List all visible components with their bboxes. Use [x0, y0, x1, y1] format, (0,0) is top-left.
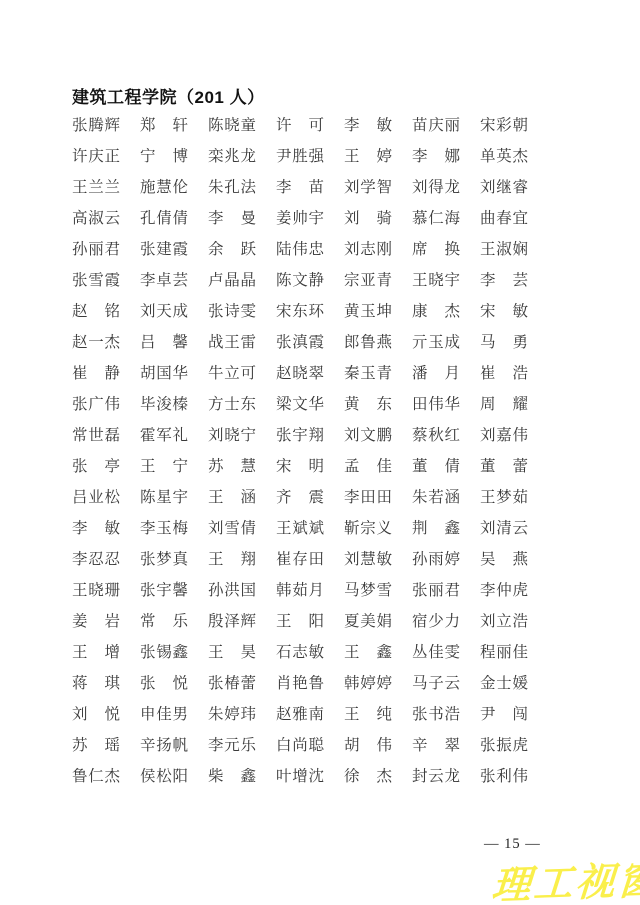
- person-name: 王昊: [208, 645, 256, 661]
- roster-row: 姜岩常乐殷泽辉王阳夏美娟宿少力刘立浩: [72, 606, 528, 637]
- person-name: 张丽君: [412, 583, 460, 599]
- roster-row: 常世磊霍军礼刘晓宁张宇翔刘文鹏蔡秋红刘嘉伟: [72, 420, 528, 451]
- person-name: 黄东: [344, 397, 392, 413]
- name-roster: 张腾辉郑轩陈晓童许可李敏苗庆丽宋彩朝许庆正宁博栾兆龙尹胜强王婷李娜单英杰王兰兰施…: [72, 110, 528, 792]
- person-name: 马梦雪: [344, 583, 392, 599]
- person-name: 潘月: [412, 366, 460, 382]
- person-name: 叶增沈: [276, 769, 324, 785]
- person-name: 李仲虎: [480, 583, 528, 599]
- person-name: 崔静: [72, 366, 120, 382]
- person-name: 姜帅宇: [276, 211, 324, 227]
- roster-row: 王兰兰施慧伦朱孔法李苗刘学智刘得龙刘继睿: [72, 172, 528, 203]
- person-name: 张广伟: [72, 397, 120, 413]
- person-name: 卢晶晶: [208, 273, 256, 289]
- person-name: 李元乐: [208, 738, 256, 754]
- roster-row: 蒋琪张悦张椿蕾肖艳鲁韩婷婷马子云金士媛: [72, 668, 528, 699]
- person-name: 白尚聪: [276, 738, 324, 754]
- person-name: 刘得龙: [412, 180, 460, 196]
- person-name: 战王雷: [208, 335, 256, 351]
- person-name: 肖艳鲁: [276, 676, 324, 692]
- person-name: 程丽佳: [480, 645, 528, 661]
- person-name: 吕馨: [140, 335, 188, 351]
- person-name: 孟佳: [344, 459, 392, 475]
- person-name: 李曼: [208, 211, 256, 227]
- person-name: 王婷: [344, 149, 392, 165]
- person-name: 辛扬帆: [140, 738, 188, 754]
- person-name: 徐杰: [344, 769, 392, 785]
- person-name: 韩茹月: [276, 583, 324, 599]
- person-name: 李敏: [72, 521, 120, 537]
- person-name: 胡国华: [140, 366, 188, 382]
- person-name: 李芸: [480, 273, 528, 289]
- roster-row: 刘悦申佳男朱婷玮赵雅南王纯张书浩尹闯: [72, 699, 528, 730]
- person-name: 赵雅南: [276, 707, 324, 723]
- roster-row: 许庆正宁博栾兆龙尹胜强王婷李娜单英杰: [72, 141, 528, 172]
- person-name: 宗亚青: [344, 273, 392, 289]
- person-name: 王晓宇: [412, 273, 460, 289]
- person-name: 陈晓童: [208, 118, 256, 134]
- person-name: 赵铭: [72, 304, 120, 320]
- person-name: 刘志刚: [344, 242, 392, 258]
- person-name: 亓玉成: [412, 335, 460, 351]
- person-name: 李忍忍: [72, 552, 120, 568]
- person-name: 张亭: [72, 459, 120, 475]
- person-name: 王梦茹: [480, 490, 528, 506]
- person-name: 康杰: [412, 304, 460, 320]
- roster-row: 崔静胡国华牛立可赵晓翠秦玉青潘月崔浩: [72, 358, 528, 389]
- person-name: 崔浩: [480, 366, 528, 382]
- person-name: 赵一杰: [72, 335, 120, 351]
- person-name: 刘清云: [480, 521, 528, 537]
- person-name: 石志敏: [276, 645, 324, 661]
- person-name: 荆鑫: [412, 521, 460, 537]
- roster-row: 高淑云孔倩倩李曼姜帅宇刘骑慕仁海曲春宜: [72, 203, 528, 234]
- person-name: 张建霞: [140, 242, 188, 258]
- person-name: 张宇馨: [140, 583, 188, 599]
- page-title: 建筑工程学院（201 人）: [72, 83, 265, 108]
- person-name: 齐震: [276, 490, 324, 506]
- person-name: 张书浩: [412, 707, 460, 723]
- person-name: 黄玉坤: [344, 304, 392, 320]
- person-name: 申佳男: [140, 707, 188, 723]
- person-name: 王淑娴: [480, 242, 528, 258]
- roster-row: 张雪霞李卓芸卢晶晶陈文静宗亚青王晓宇李芸: [72, 265, 528, 296]
- roster-row: 王增张锡鑫王昊石志敏王鑫丛佳雯程丽佳: [72, 637, 528, 668]
- page-number: — 15 —: [484, 836, 541, 853]
- roster-row: 张广伟毕浚榛方士东梁文华黄东田伟华周耀: [72, 389, 528, 420]
- person-name: 刘晓宁: [208, 428, 256, 444]
- person-name: 方士东: [208, 397, 256, 413]
- person-name: 董倩: [412, 459, 460, 475]
- person-name: 李卓芸: [140, 273, 188, 289]
- person-name: 梁文华: [276, 397, 324, 413]
- person-name: 陈文静: [276, 273, 324, 289]
- person-name: 刘立浩: [480, 614, 528, 630]
- person-name: 朱若涵: [412, 490, 460, 506]
- person-name: 王宁: [140, 459, 188, 475]
- person-name: 张宇翔: [276, 428, 324, 444]
- person-name: 刘悦: [72, 707, 120, 723]
- person-name: 张振虎: [480, 738, 528, 754]
- person-name: 施慧伦: [140, 180, 188, 196]
- person-name: 吴燕: [480, 552, 528, 568]
- person-name: 张滇霞: [276, 335, 324, 351]
- person-name: 王斌斌: [276, 521, 324, 537]
- person-name: 慕仁海: [412, 211, 460, 227]
- person-name: 张梦真: [140, 552, 188, 568]
- person-name: 刘学智: [344, 180, 392, 196]
- person-name: 李苗: [276, 180, 324, 196]
- person-name: 王晓珊: [72, 583, 120, 599]
- person-name: 孙丽君: [72, 242, 120, 258]
- person-name: 王纯: [344, 707, 392, 723]
- person-name: 李田田: [344, 490, 392, 506]
- person-name: 赵晓翠: [276, 366, 324, 382]
- roster-row: 王晓珊张宇馨孙洪国韩茹月马梦雪张丽君李仲虎: [72, 575, 528, 606]
- person-name: 宋敏: [480, 304, 528, 320]
- person-name: 封云龙: [412, 769, 460, 785]
- person-name: 夏美娟: [344, 614, 392, 630]
- person-name: 孔倩倩: [140, 211, 188, 227]
- person-name: 丛佳雯: [412, 645, 460, 661]
- person-name: 毕浚榛: [140, 397, 188, 413]
- person-name: 柴鑫: [208, 769, 256, 785]
- person-name: 朱婷玮: [208, 707, 256, 723]
- person-name: 尹闯: [480, 707, 528, 723]
- person-name: 辛翠: [412, 738, 460, 754]
- roster-row: 赵一杰吕馨战王雷张滇霞郎鲁燕亓玉成马勇: [72, 327, 528, 358]
- person-name: 刘慧敏: [344, 552, 392, 568]
- person-name: 苏慧: [208, 459, 256, 475]
- person-name: 刘文鹏: [344, 428, 392, 444]
- person-name: 蒋琪: [72, 676, 120, 692]
- person-name: 张锡鑫: [140, 645, 188, 661]
- person-name: 秦玉青: [344, 366, 392, 382]
- person-name: 张诗雯: [208, 304, 256, 320]
- roster-row: 吕业松陈星宇王涵齐震李田田朱若涵王梦茹: [72, 482, 528, 513]
- person-name: 宋明: [276, 459, 324, 475]
- person-name: 宁博: [140, 149, 188, 165]
- person-name: 张雪霞: [72, 273, 120, 289]
- person-name: 王兰兰: [72, 180, 120, 196]
- person-name: 吕业松: [72, 490, 120, 506]
- person-name: 单英杰: [480, 149, 528, 165]
- roster-row: 赵铭刘天成张诗雯宋东环黄玉坤康杰宋敏: [72, 296, 528, 327]
- person-name: 郑轩: [140, 118, 188, 134]
- person-name: 许庆正: [72, 149, 120, 165]
- person-name: 刘继睿: [480, 180, 528, 196]
- person-name: 周耀: [480, 397, 528, 413]
- person-name: 王翔: [208, 552, 256, 568]
- person-name: 霍军礼: [140, 428, 188, 444]
- person-name: 姜岩: [72, 614, 120, 630]
- person-name: 崔存田: [276, 552, 324, 568]
- person-name: 席换: [412, 242, 460, 258]
- person-name: 王鑫: [344, 645, 392, 661]
- person-name: 马勇: [480, 335, 528, 351]
- watermark-logo: 理工视窗: [490, 849, 640, 905]
- person-name: 孙雨婷: [412, 552, 460, 568]
- person-name: 田伟华: [412, 397, 460, 413]
- person-name: 李玉梅: [140, 521, 188, 537]
- person-name: 曲春宜: [480, 211, 528, 227]
- person-name: 马子云: [412, 676, 460, 692]
- person-name: 栾兆龙: [208, 149, 256, 165]
- person-name: 朱孔法: [208, 180, 256, 196]
- person-name: 许可: [276, 118, 324, 134]
- person-name: 刘天成: [140, 304, 188, 320]
- roster-row: 孙丽君张建霞余跃陆伟忠刘志刚席换王淑娴: [72, 234, 528, 265]
- person-name: 常世磊: [72, 428, 120, 444]
- person-name: 董蕾: [480, 459, 528, 475]
- person-name: 宋彩朝: [480, 118, 528, 134]
- roster-row: 苏瑶辛扬帆李元乐白尚聪胡伟辛翠张振虎: [72, 730, 528, 761]
- person-name: 蔡秋红: [412, 428, 460, 444]
- person-name: 王阳: [276, 614, 324, 630]
- person-name: 张椿蕾: [208, 676, 256, 692]
- person-name: 殷泽辉: [208, 614, 256, 630]
- person-name: 尹胜强: [276, 149, 324, 165]
- person-name: 陈星宇: [140, 490, 188, 506]
- person-name: 金士媛: [480, 676, 528, 692]
- person-name: 侯松阳: [140, 769, 188, 785]
- person-name: 李娜: [412, 149, 460, 165]
- person-name: 刘雪倩: [208, 521, 256, 537]
- roster-row: 鲁仁杰侯松阳柴鑫叶增沈徐杰封云龙张利伟: [72, 761, 528, 792]
- roster-row: 张腾辉郑轩陈晓童许可李敏苗庆丽宋彩朝: [72, 110, 528, 141]
- person-name: 张悦: [140, 676, 188, 692]
- person-name: 王涵: [208, 490, 256, 506]
- person-name: 牛立可: [208, 366, 256, 382]
- person-name: 常乐: [140, 614, 188, 630]
- roster-row: 张亭王宁苏慧宋明孟佳董倩董蕾: [72, 451, 528, 482]
- person-name: 刘骑: [344, 211, 392, 227]
- person-name: 孙洪国: [208, 583, 256, 599]
- person-name: 郎鲁燕: [344, 335, 392, 351]
- person-name: 胡伟: [344, 738, 392, 754]
- person-name: 王增: [72, 645, 120, 661]
- person-name: 李敏: [344, 118, 392, 134]
- roster-row: 李敏李玉梅刘雪倩王斌斌靳宗义荆鑫刘清云: [72, 513, 528, 544]
- person-name: 余跃: [208, 242, 256, 258]
- person-name: 宋东环: [276, 304, 324, 320]
- person-name: 苗庆丽: [412, 118, 460, 134]
- person-name: 鲁仁杰: [72, 769, 120, 785]
- person-name: 张利伟: [480, 769, 528, 785]
- person-name: 靳宗义: [344, 521, 392, 537]
- person-name: 韩婷婷: [344, 676, 392, 692]
- person-name: 高淑云: [72, 211, 120, 227]
- person-name: 苏瑶: [72, 738, 120, 754]
- roster-row: 李忍忍张梦真王翔崔存田刘慧敏孙雨婷吴燕: [72, 544, 528, 575]
- person-name: 宿少力: [412, 614, 460, 630]
- document-page: 建筑工程学院（201 人） 张腾辉郑轩陈晓童许可李敏苗庆丽宋彩朝许庆正宁博栾兆龙…: [0, 0, 640, 905]
- person-name: 张腾辉: [72, 118, 120, 134]
- person-name: 陆伟忠: [276, 242, 324, 258]
- person-name: 刘嘉伟: [480, 428, 528, 444]
